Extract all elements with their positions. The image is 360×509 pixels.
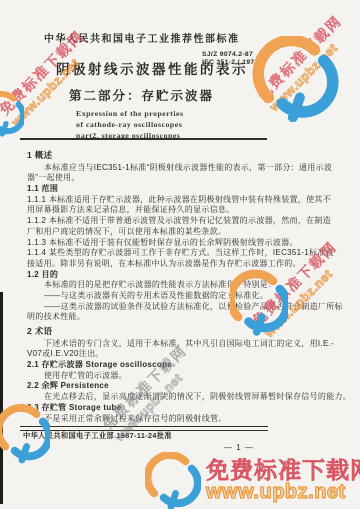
watermark-banner-bottom: 免费标准下载网 www.upbz.net <box>145 452 360 509</box>
watermark-site-url: www.upbz.net <box>267 0 360 114</box>
watermark-site-name: 免费标准下载网 <box>253 0 360 104</box>
body-line: V07或I.E.V20注出。 <box>27 349 272 360</box>
term-heading: 2.3 存贮管 Storage tube <box>27 403 272 414</box>
watermark-diagonal-top-right: 免费标准下载网 www.upbz.net <box>253 0 360 114</box>
watermark-site-name: 免费标准下载网 <box>206 458 360 482</box>
scan-edge-artifact <box>0 292 3 504</box>
body-line: ——与这类示波器有关的专用术语及性能数据的定义标准化。 <box>27 291 272 302</box>
watermark-site-url: www.upbz.net <box>206 482 360 503</box>
body-line: 不是采用正常余辉过程来保存信号的阴极射线管。 <box>27 414 272 425</box>
subsection-heading: 1.2 目的 <box>27 270 272 281</box>
page-number: — 1 — <box>224 443 254 452</box>
body-line: 本标准应当与IEC351-1标准“阴极射线示波器性能的表示，第一部分：通用示波 <box>27 163 272 174</box>
body-line: 下述术语的专门含义，适用于本标准。其中凡引自国际电工词汇的定义，用I.E.- <box>27 339 272 350</box>
upbz-logo-icon <box>145 452 201 509</box>
body-line: 本标准的目的是把存贮示波器的性能表示方法标准化，特别是： <box>27 280 272 291</box>
body-line: 在光点移去后，显示亮度逐渐消失的情况下，阴极射线管屏幕暂时保存信号的能力。 <box>27 392 272 403</box>
approval-line: 中华人民共和国电子工业部 1987-11-24批准 <box>23 431 172 441</box>
body-line: 1.1.4 某些类型的存贮示波器可工作于非存贮方式。当这样工作时，IEC351-… <box>27 248 272 259</box>
section-heading: 1 概述 <box>27 147 272 163</box>
section-heading: 2 术语 <box>27 323 272 339</box>
body-line: 1.1.1 本标准适用于存贮示波器，此种示波器在阴极射线管中装有特殊装置，使其不 <box>27 195 272 206</box>
body-line: 器”一起使用。 <box>27 173 272 184</box>
document-subtitle: 第二部分：存贮示波器 <box>69 86 214 104</box>
document-title: 阴极射线示波器性能的表示 <box>56 58 248 78</box>
watermark-site-url: www.upbz.net <box>262 210 360 340</box>
standards-body-header: 中华人民共和国电子工业推荐性部标准 <box>44 30 240 45</box>
body-line: 1.1.3 本标准不适用于装有仅能暂时保存显示的长余辉阴极射线管示波器。 <box>27 238 272 249</box>
subsection-heading: 1.1 范围 <box>27 184 272 195</box>
body-line: ——这类示波器的试验条件及试验方法标准化，以便检验产品是否符合制造厂所标 <box>27 302 272 313</box>
watermark-banner-texts: 免费标准下载网 www.upbz.net <box>206 452 360 503</box>
document-body: 1 概述 本标准应当与IEC351-1标准“阴极射线示波器性能的表示，第一部分：… <box>27 147 272 424</box>
upbz-logo-icon <box>0 88 24 140</box>
body-line: 接适用。除非另有说明，在本标准中认为示波器是作为存贮示波器工作的。 <box>27 259 272 270</box>
body-line: 用屏幕摄影方法来记录信息，并能保证持久的显示信息。 <box>27 205 272 216</box>
body-line: 1.1.2 本标准不适用于带普通示波管及示波管外有记忆装置的示波器，然而，在制造 <box>27 216 272 227</box>
body-line: 厂和用户商定的情况下，可以使用本标准的某些条款。 <box>27 227 272 238</box>
title-en-line: of cathode-ray oscilloscopes <box>76 119 184 130</box>
body-line: 明的技术性能。 <box>27 312 272 323</box>
body-line: 使用存贮管的示波器。 <box>27 371 272 382</box>
term-heading: 2.2 余辉 Persistence <box>27 381 272 392</box>
header-divider <box>20 138 267 140</box>
document-title-english: Expression of the properties of cathode-… <box>76 108 184 141</box>
title-en-line: Expression of the properties <box>76 108 184 119</box>
scanned-standard-page: { "document": { "header_org": "中华人民共和国电子… <box>0 0 360 509</box>
upbz-logo-icon <box>252 36 340 122</box>
term-heading: 2.1 存贮示波器 Storage oscilloscope <box>27 360 272 371</box>
